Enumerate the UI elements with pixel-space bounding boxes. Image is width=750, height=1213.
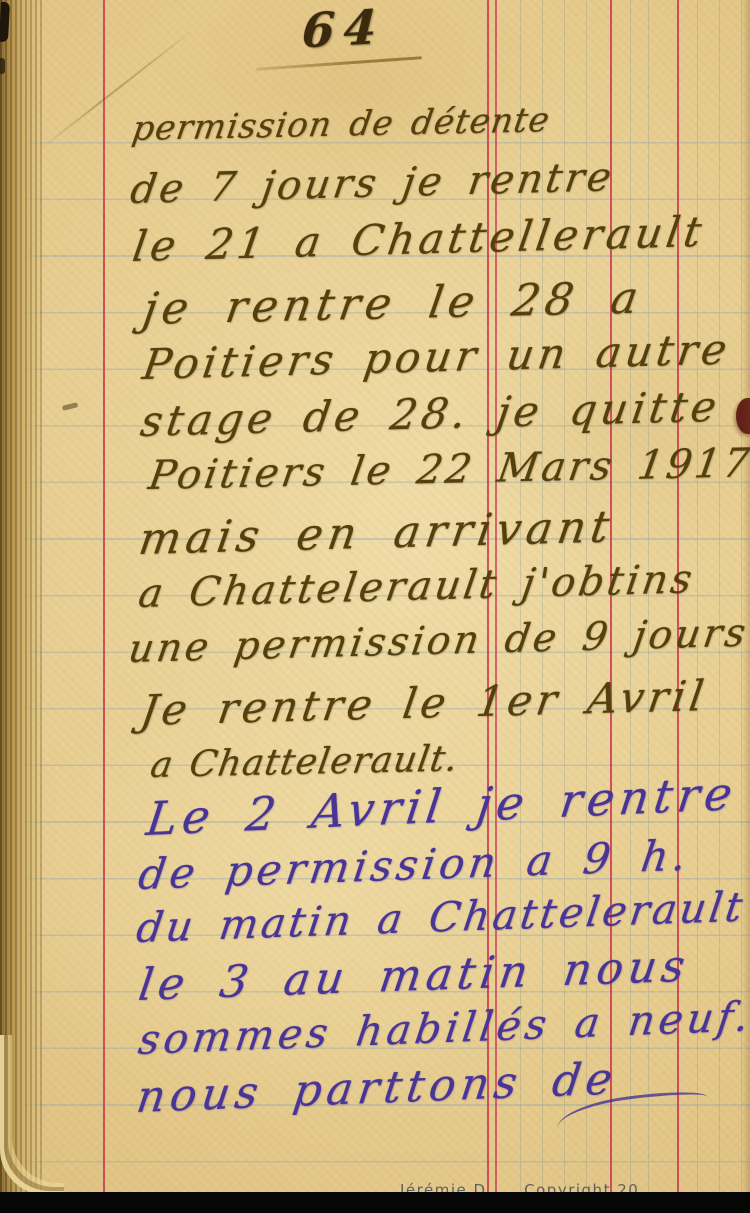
stacked-page-edges <box>0 1035 64 1195</box>
manuscript-line-15: du matin a Chattelerault <box>134 887 748 949</box>
page-number-underline <box>256 56 422 71</box>
manuscript-line-10: une permission de 9 jours <box>126 614 750 669</box>
stray-pen-mark <box>62 402 79 411</box>
manuscript-line-11: Je rentre le 1er Avril <box>138 675 710 732</box>
margin-line-left <box>103 0 105 1192</box>
book-binding-edge <box>0 0 42 1192</box>
manuscript-line-12: a Chattelerault. <box>148 741 461 784</box>
manuscript-line-18: nous parttons de <box>134 1057 620 1120</box>
notebook-page-scan: 64 permission de détente de 7 jours je r… <box>0 0 750 1213</box>
manuscript-line-9: a Chattelerault j'obtins <box>136 559 697 614</box>
bottom-black-bar <box>0 1192 750 1213</box>
manuscript-line-8: mais en arrivant <box>136 505 617 562</box>
manuscript-line-7: Poitiers le 22 Mars 1917 <box>146 443 750 496</box>
manuscript-line-5: Poitiers pour un autre <box>140 328 734 386</box>
manuscript-line-4: je rentre le 28 a <box>140 277 646 332</box>
page-number: 64 <box>301 0 387 59</box>
manuscript-line-1: permission de détente <box>130 103 552 146</box>
ink-stain <box>736 398 750 434</box>
corner-mark <box>0 58 5 74</box>
manuscript-line-3: le 21 a Chattellerault <box>130 211 708 268</box>
manuscript-line-6: stage de 28. je quitte <box>138 386 723 443</box>
manuscript-line-2: de 7 jours je rentre <box>128 157 617 210</box>
corner-mark <box>0 2 10 42</box>
